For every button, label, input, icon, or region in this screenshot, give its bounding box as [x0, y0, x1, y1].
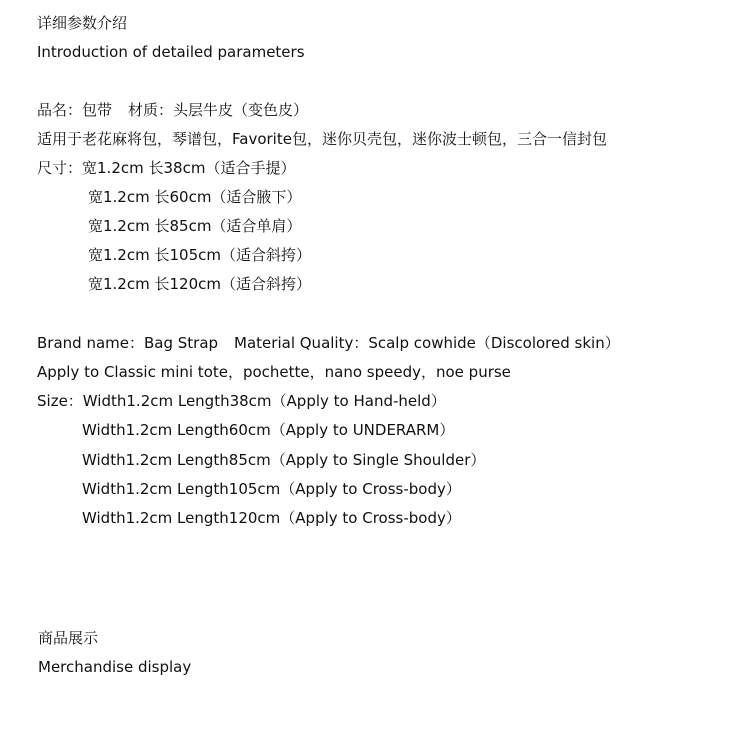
size-value-cn: 宽1.2cm 长38cm（适合手提） [82, 159, 295, 177]
parameters-title-en: Introduction of detailed parameters [37, 42, 305, 62]
size-row-cn-4: 宽1.2cm 长120cm（适合斜挎） [88, 274, 311, 294]
display-title-cn: 商品展示 [38, 628, 98, 648]
size-value-en: Width1.2cm Length38cm（Apply to Hand-held… [83, 392, 446, 410]
size-label-cn: 尺寸： [37, 159, 82, 177]
product-name-material-cn: 品名：包带材质：头层牛皮（变色皮） [37, 100, 308, 120]
material-en: Material Quality：Scalp cowhide（Discolore… [234, 334, 620, 352]
brand-name-en: Brand name：Bag Strap [37, 334, 218, 352]
size-label-en: Size： [37, 392, 83, 410]
size-row-en-2: Width1.2cm Length85cm（Apply to Single Sh… [82, 450, 485, 470]
applicable-bags-en: Apply to Classic mini tote，pochette，nano… [37, 362, 511, 382]
parameters-title-cn: 详细参数介绍 [37, 13, 127, 33]
size-row-en-4: Width1.2cm Length120cm（Apply to Cross-bo… [82, 508, 461, 528]
size-row-cn-3: 宽1.2cm 长105cm（适合斜挎） [88, 245, 311, 265]
size-row-cn-1: 宽1.2cm 长60cm（适合腋下） [88, 187, 301, 207]
size-row-cn-2: 宽1.2cm 长85cm（适合单肩） [88, 216, 301, 236]
size-row-en-1: Width1.2cm Length60cm（Apply to UNDERARM） [82, 420, 454, 440]
product-name-cn: 品名：包带 [37, 101, 112, 119]
size-row-cn-0: 尺寸：宽1.2cm 长38cm（适合手提） [37, 158, 295, 178]
size-row-en-0: Size：Width1.2cm Length38cm（Apply to Hand… [37, 391, 446, 411]
brand-material-en: Brand name：Bag StrapMaterial Quality：Sca… [37, 333, 620, 353]
material-cn: 材质：头层牛皮（变色皮） [128, 101, 308, 119]
applicable-bags-cn: 适用于老花麻将包，琴谱包，Favorite包，迷你贝壳包，迷你波士顿包，三合一信… [37, 129, 607, 149]
size-row-en-3: Width1.2cm Length105cm（Apply to Cross-bo… [82, 479, 461, 499]
display-title-en: Merchandise display [38, 657, 191, 677]
